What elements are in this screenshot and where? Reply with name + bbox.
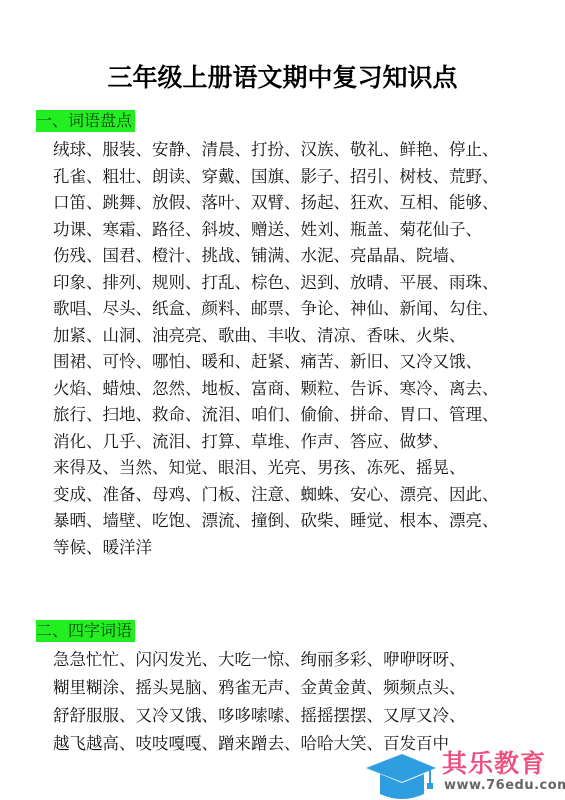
word-line: 急急忙忙、闪闪发光、大吃一惊、绚丽多彩、咿咿呀呀、	[53, 646, 466, 674]
word-line: 口笛、跳舞、放假、落叶、双臂、扬起、狂欢、互相、能够、	[53, 190, 499, 217]
watermark-brand: 其乐教育	[442, 744, 546, 780]
word-line: 旅行、扫地、救命、流泪、咱们、偷偷、拼命、胃口、管理、	[53, 402, 499, 429]
word-line: 暴晒、墙壁、吃饱、漂流、撞倒、砍柴、睡觉、根本、漂亮、	[53, 508, 499, 535]
word-line: 消化、几乎、流泪、打算、草堆、作声、答应、做梦、	[53, 429, 499, 456]
word-line: 火焰、蜡烛、忽然、地板、富商、颗粒、告诉、寒冷、离去、	[53, 376, 499, 403]
watermark-url: www.76edu.com	[444, 778, 565, 793]
word-line: 变成、准备、母鸡、门板、注意、蜘蛛、安心、漂亮、因此、	[53, 482, 499, 509]
word-line: 歌唱、尽头、纸盒、颜料、邮票、争论、神仙、新闻、勾住、	[53, 296, 499, 323]
word-line: 等候、暖洋洋	[53, 535, 499, 562]
word-line: 孔雀、粗壮、朗读、穿戴、国旗、影子、招引、树枝、荒野、	[53, 164, 499, 191]
section-heading-four-character-idioms: 二、四字词语	[36, 620, 135, 642]
word-line: 伤残、国君、橙汁、挑战、铺满、水泥、亮晶晶、院墙、	[53, 243, 499, 270]
vocabulary-list: 绒球、服装、安静、清晨、打扮、汉族、敬礼、鲜艳、停止、 孔雀、粗壮、朗读、穿戴、…	[53, 137, 499, 561]
page-title: 三年级上册语文期中复习知识点	[0, 58, 565, 94]
word-line: 来得及、当然、知觉、眼泪、光亮、男孩、冻死、摇晃、	[53, 455, 499, 482]
word-line: 糊里糊涂、摇头晃脑、鸦雀无声、金黄金黄、频频点头、	[53, 674, 466, 702]
word-line: 加紧、山洞、油亮亮、歌曲、丰收、清凉、香味、火柴、	[53, 323, 499, 350]
word-line: 功课、寒霜、路径、斜坡、赠送、姓刘、瓶盖、菊花仙子、	[53, 217, 499, 244]
word-line: 绒球、服装、安静、清晨、打扮、汉族、敬礼、鲜艳、停止、	[53, 137, 499, 164]
word-line: 舒舒服服、又冷又饿、哆哆嗦嗦、摇摇摆摆、又厚又冷、	[53, 702, 466, 730]
word-line: 围裙、可怜、哪怕、暖和、赶紧、痛苦、新旧、又冷又饿、	[53, 349, 499, 376]
word-line: 印象、排列、规则、打乱、棕色、迟到、放晴、平展、雨珠、	[53, 270, 499, 297]
watermark-logo: 其乐教育 www.76edu.com	[366, 742, 565, 800]
graduation-cap-icon	[366, 750, 436, 800]
section-heading-vocabulary: 一、词语盘点	[36, 110, 135, 132]
